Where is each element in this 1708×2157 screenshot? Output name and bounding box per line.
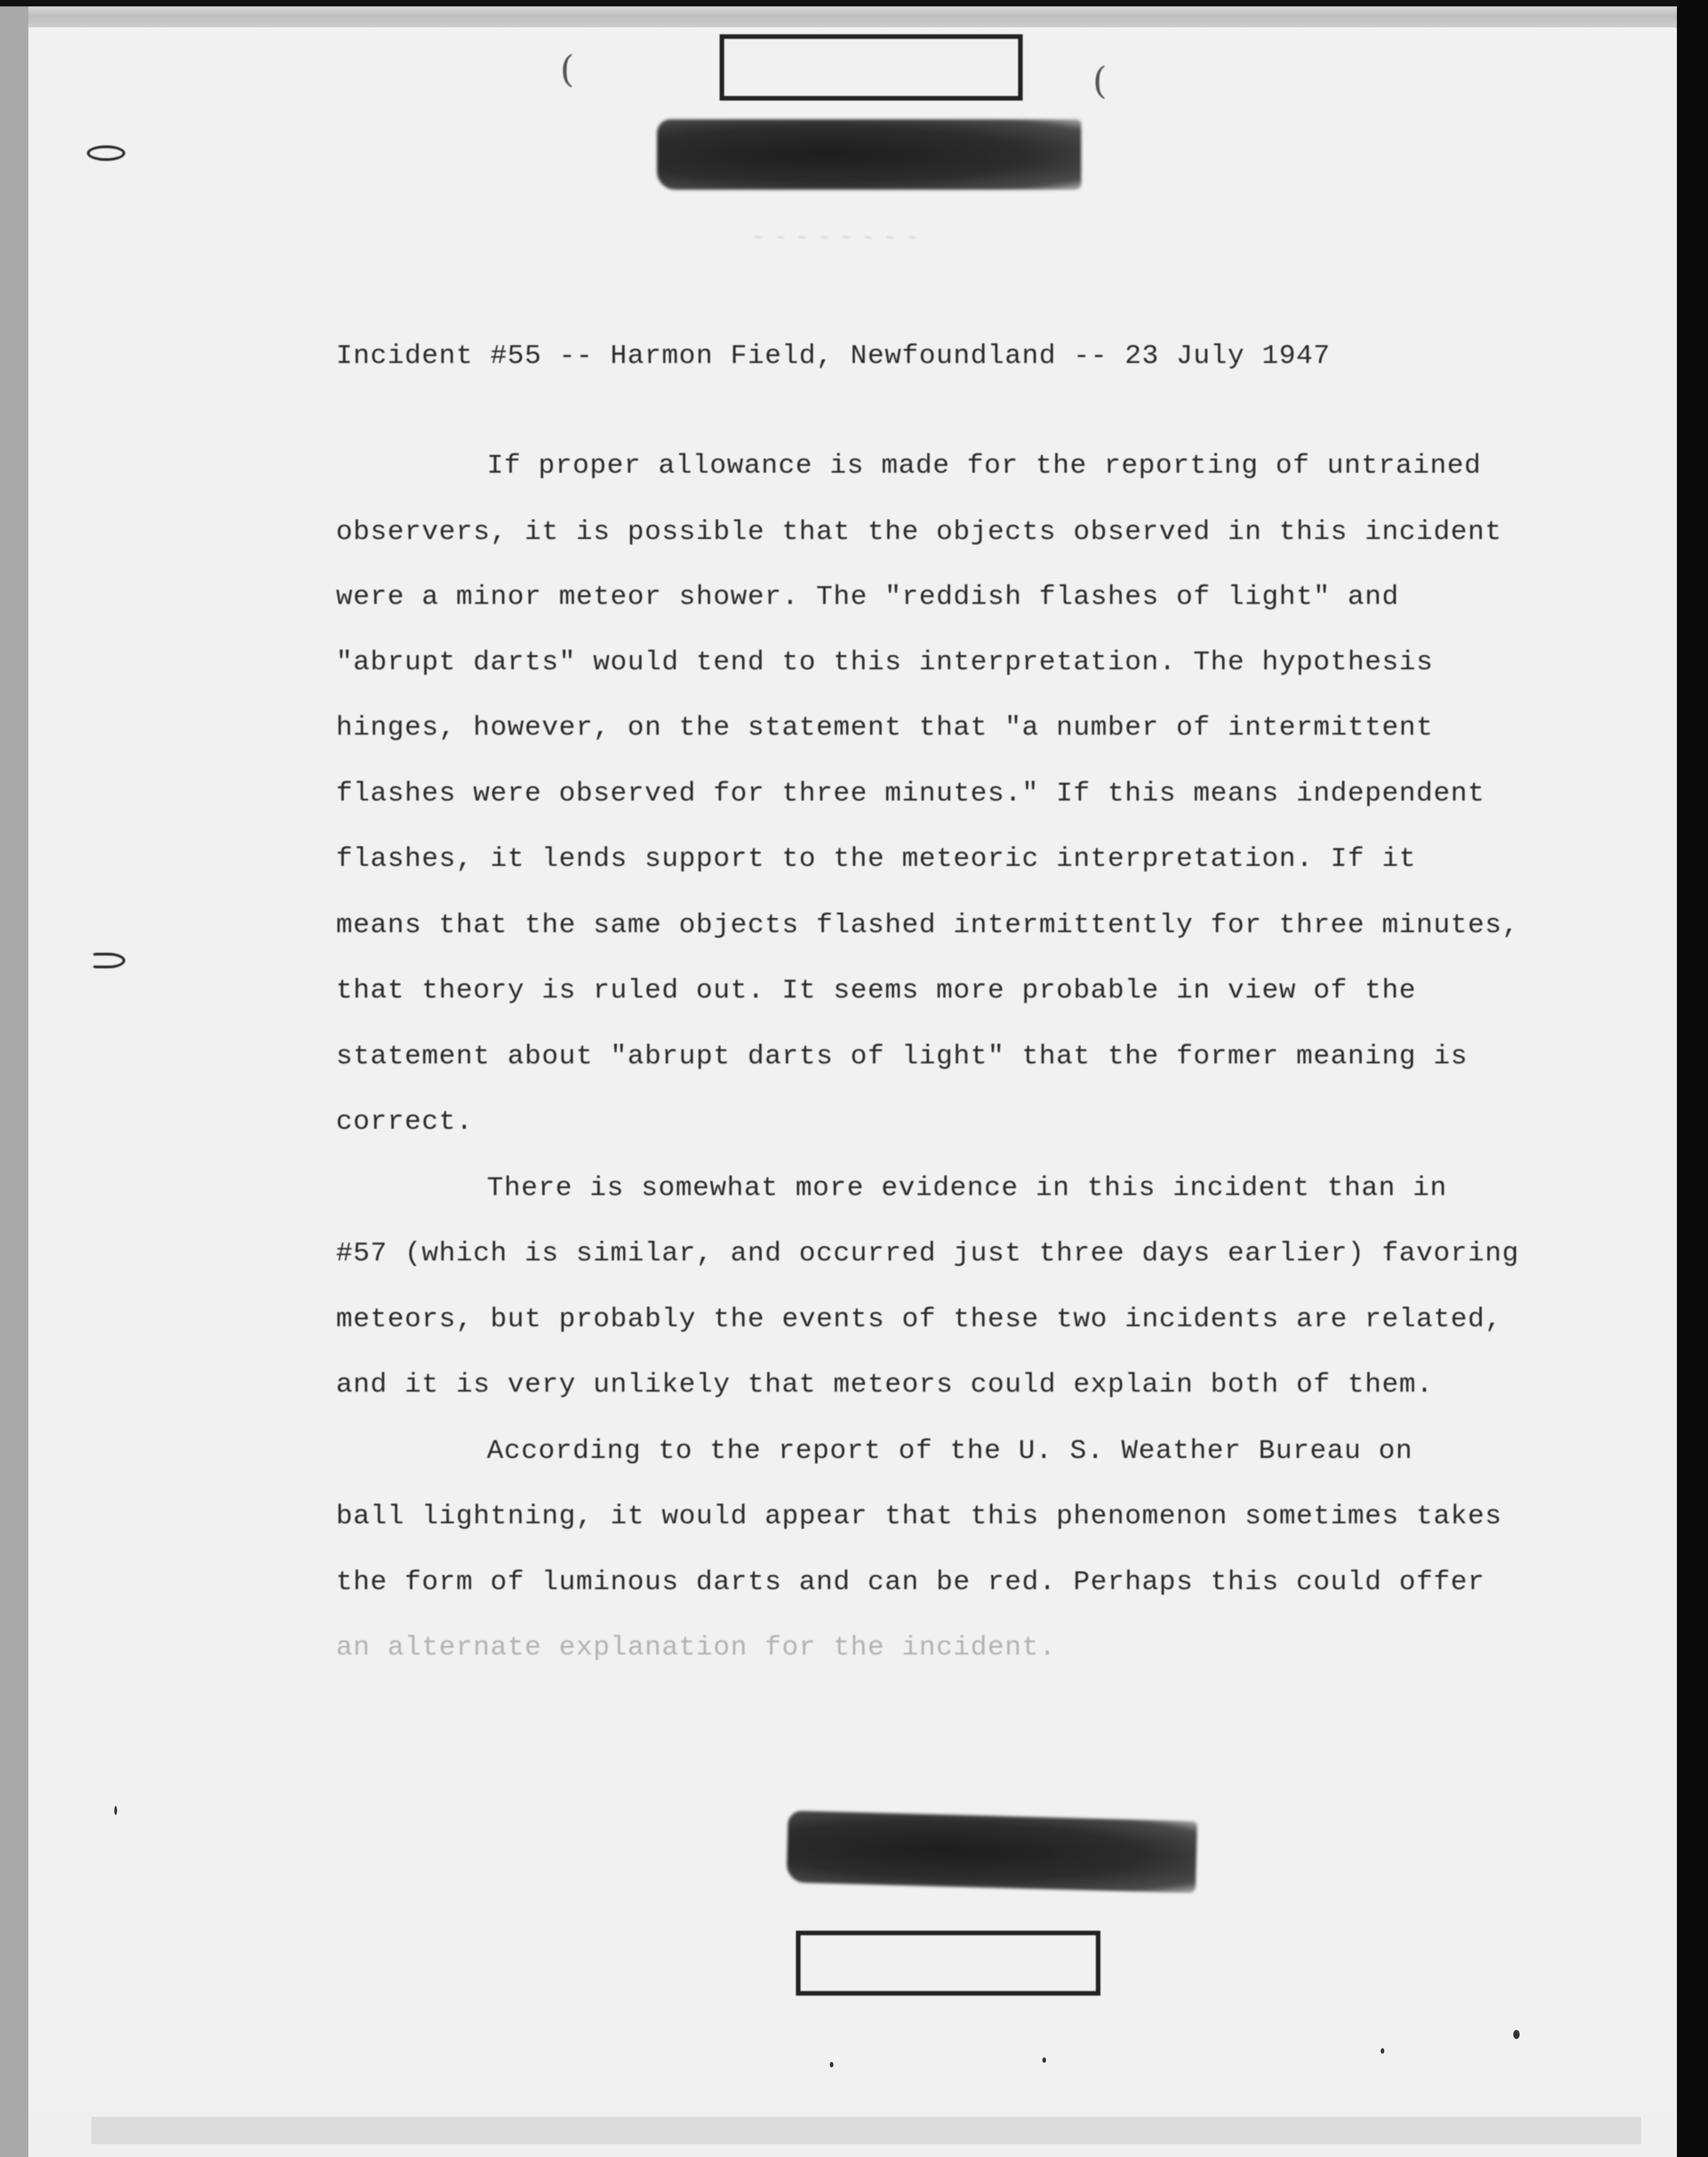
punch-hole-middle [91, 953, 125, 968]
scan-left-edge [0, 0, 28, 2157]
text-line: an alternate explanation for the inciden… [336, 1632, 1056, 1663]
bottom-classification-box [796, 1931, 1100, 1996]
text-line: the form of luminous darts and can be re… [336, 1567, 1485, 1598]
text-line: meteors, but probably the events of thes… [336, 1304, 1502, 1335]
text-line: "abrupt darts" would tend to this interp… [336, 647, 1433, 678]
text-line: observers, it is possible that the objec… [336, 517, 1502, 548]
text-line: statement about "abrupt darts of light" … [336, 1041, 1468, 1072]
text-line: ball lightning, it would appear that thi… [336, 1501, 1502, 1532]
text-line: There is somewhat more evidence in this … [487, 1173, 1447, 1204]
scan-noise [1381, 2048, 1384, 2054]
punch-hole-top [87, 145, 125, 161]
margin-speck [114, 1806, 117, 1815]
scan-top-edge [0, 0, 1677, 6]
incident-heading: Incident #55 -- Harmon Field, Newfoundla… [336, 341, 1330, 372]
scan-noise [1042, 2057, 1046, 2063]
text-line: correct. [336, 1106, 473, 1137]
scan-bottom-shadow [91, 2117, 1641, 2144]
text-line: means that the same objects flashed inte… [336, 910, 1519, 941]
scan-noise [830, 2062, 833, 2067]
bottom-redaction-bar [786, 1810, 1197, 1893]
text-line: that theory is ruled out. It seems more … [336, 975, 1416, 1006]
top-classification-box [720, 34, 1023, 101]
top-redaction-bar [657, 119, 1081, 190]
scan-right-edge [1677, 0, 1708, 2157]
paren-mark-left: ( [560, 48, 574, 91]
text-line: flashes, it lends support to the meteori… [336, 844, 1416, 875]
text-line: #57 (which is similar, and occurred just… [336, 1238, 1519, 1269]
text-line: flashes were observed for three minutes.… [336, 778, 1485, 809]
faint-stamp-residue: ~ ~ ~ ~ ~ ~ ~ ~ [754, 231, 1010, 272]
scan-top-shadow [28, 6, 1677, 28]
text-line: and it is very unlikely that meteors cou… [336, 1369, 1433, 1400]
text-line: hinges, however, on the statement that "… [336, 712, 1433, 743]
paren-mark-right: ( [1093, 59, 1107, 102]
scan-noise [1513, 2030, 1520, 2039]
text-line: were a minor meteor shower. The "reddish… [336, 582, 1399, 613]
text-line: If proper allowance is made for the repo… [487, 450, 1481, 481]
text-line: According to the report of the U. S. Wea… [487, 1436, 1413, 1467]
